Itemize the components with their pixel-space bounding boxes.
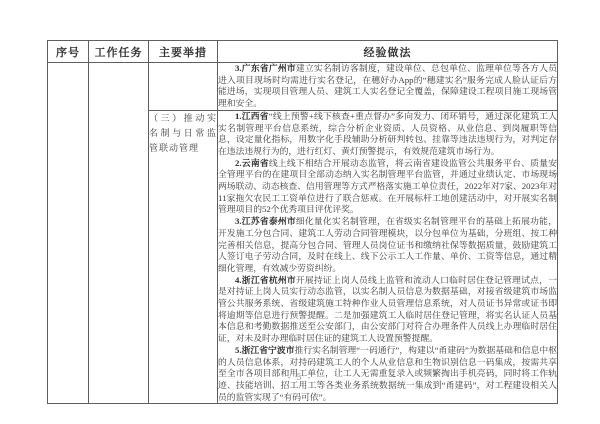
measure-cell-carryover: [149, 63, 218, 111]
experience-cell-carryover: 3.广东省广州市建立实名制访客制度，建设单位、总包单位、监理单位等各方人员进入项…: [218, 63, 558, 111]
measure-cell-main: （三）推动实名制与日常监管联动管理: [149, 110, 218, 404]
experience-paragraph: 2.云南省线上线下相结合开展动态监管，将云南省建设监管公共服务平台、质量安全管理…: [218, 158, 557, 217]
header-serial: 序号: [48, 41, 89, 63]
document-page: 序号 工作任务 主要举措 经验做法 3.广东省广州市建立实名制访客制度，建设单位…: [0, 0, 600, 424]
header-task: 工作任务: [89, 41, 149, 63]
table-row-carryover: 3.广东省广州市建立实名制访客制度，建设单位、总包单位、监理单位等各方人员进入项…: [48, 63, 558, 111]
paragraph-lead: 4.浙江省杭州市: [235, 275, 296, 285]
header-measure: 主要举措: [149, 41, 218, 63]
table-header-row: 序号 工作任务 主要举措 经验做法: [48, 41, 558, 63]
experience-paragraph: 3.江苏省泰州市细化量化实名制管理，在省级实名制管理平台的基础上拓展功能，开发施…: [218, 216, 557, 275]
header-experience: 经验做法: [218, 41, 558, 63]
paragraph-lead: 3.广东省广州市: [235, 63, 296, 73]
serial-cell: [48, 63, 89, 404]
experience-table: 序号 工作任务 主要举措 经验做法 3.广东省广州市建立实名制访客制度，建设单位…: [47, 40, 558, 404]
experience-paragraph: 3.广东省广州市建立实名制访客制度，建设单位、总包单位、监理单位等各方人员进入项…: [218, 63, 557, 110]
paragraph-lead: 5.浙江省宁波市: [235, 345, 295, 355]
task-cell: [89, 63, 149, 404]
paragraph-lead: 2.云南省: [235, 158, 269, 168]
paragraph-lead: 3.江苏省泰州市: [235, 216, 296, 226]
experience-cell-main: 1.江西省“线上预警+线下核查+重点督办”多向发力、闭环销号，通过深化建筑工人实…: [218, 110, 558, 404]
experience-paragraph: 1.江西省“线上预警+线下核查+重点督办”多向发力、闭环销号，通过深化建筑工人实…: [218, 111, 557, 158]
page-number: - 5 -: [0, 372, 600, 382]
experience-paragraph: 4.浙江省杭州市开展持证上岗人员线上监管和流动人口临时居住登记管理试点，一是对持…: [218, 275, 557, 345]
paragraph-lead: 1.江西省: [235, 111, 269, 121]
